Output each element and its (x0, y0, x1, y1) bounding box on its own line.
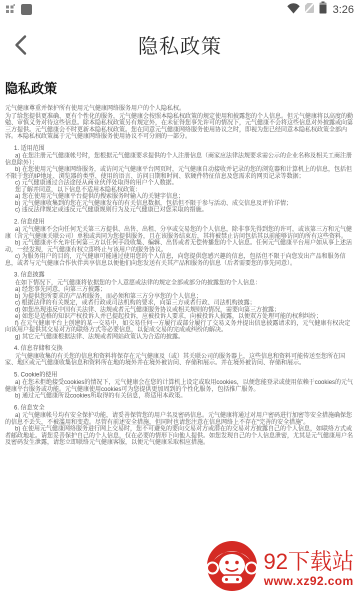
watermark: 92下载站 www.xz92.com (205, 539, 354, 598)
policy-block-num: 1. 适用范围 (5, 145, 355, 152)
app-notification-icon (21, 4, 32, 15)
policy-block-item: c) 为服务用户的目的，元气健康可能通过使用您的个人信息，向您提供您感兴趣的信息… (5, 253, 355, 267)
page-title: 隐私政策 (0, 30, 360, 59)
policy-block-item: a) 元气健康帐号均有安全保护功能，请妥善保管您的用户名及密码信息。元气健康将通… (5, 412, 355, 426)
policy-block-item: c) 违反法律规定或违反元气健康规则行为及元气健康已对您采取的措施。 (5, 207, 355, 214)
battery-icon (319, 1, 327, 19)
policy-block-num: 2. 信息使用 (5, 218, 355, 225)
policy-block-item: b) 在使用元气健康网络服务进行网上交易时，您不可避免的要向交易对方或潜在的交易… (5, 426, 355, 446)
monkey-headphones-gamepad-logo-icon (205, 539, 259, 598)
policy-block-item: a) 在您未拒绝接受cookies的情况下，元气健康会在您的计算机上设定或取用c… (5, 379, 355, 393)
policy-content[interactable]: 隐私政策 元气健康尊重并保护所有使用元气健康网络服务用户的个人隐私权。为了给您提… (5, 78, 355, 600)
status-bar-left (6, 1, 32, 19)
watermark-texts: 92下载站 www.xz92.com (264, 549, 354, 588)
nav-bar: 隐私政策 (0, 18, 360, 72)
policy-block-item: a) 在您注册元气健康帐号时，您根据元气健康要求提供的个人注册信息（商家应法律法… (5, 153, 355, 167)
policy-block-num: 4. 信息存储和交换 (5, 345, 355, 352)
status-bar-right: 3:26 (287, 1, 354, 19)
status-time: 3:26 (333, 4, 354, 16)
policy-block-p: 元气健康尊重并保护所有使用元气健康网络服务用户的个人隐私权。 (5, 105, 355, 112)
policy-block-item: a) 元气健康不会向任何无关第三方提供、出售、出租、分享或交易您的个人信息，除非… (5, 226, 355, 240)
policy-block-item: b) 通过元气健康所设cookies所取得的有关信息，将适用本政策。 (5, 393, 355, 400)
policy-block-num: 5. Cookie的使用 (5, 371, 355, 378)
grid-notification-icon (6, 1, 15, 19)
policy-block-item: b) 元气健康亦不允许任何第三方以任何手段收集、编辑、出售或者无偿传播您的个人信… (5, 240, 355, 254)
site-url: www.xz92.com (264, 574, 354, 588)
wifi-icon (287, 1, 300, 19)
policy-block-item: 元气健康收集的有关您的信息和资料将保存在元气健康及（或）其关联公司的服务器上，这… (5, 353, 355, 367)
policy-heading: 隐私政策 (5, 78, 355, 97)
policy-body: 元气健康尊重并保护所有使用元气健康网络服务用户的个人隐私权。为了给您提供更准确、… (5, 105, 355, 446)
policy-scale-wrapper: 元气健康尊重并保护所有使用元气健康网络服务用户的个人隐私权。为了给您提供更准确、… (5, 105, 355, 446)
no-sim-icon (304, 1, 315, 19)
site-name: 92下载站 (264, 549, 354, 574)
status-bar: 3:26 (0, 0, 360, 18)
policy-block-num: 6. 信息安全 (5, 404, 355, 411)
app-screen: 3:26 隐私政策 隐私政策 元气健康尊重并保护所有使用元气健康网络服务用户的个… (0, 0, 360, 600)
policy-block-item: f) 在元气健康平台上创建的某一交易中，如交易任何一方履行或部分履行了交易义务并… (5, 320, 355, 334)
policy-block-p: 为了给您提供更准确、更有个性化的服务，元气健康会按照本隐私权政策的规定使用和披露… (5, 113, 355, 140)
policy-block-item: g) 其它元气健康根据法律、法规或者网站政策认为合适的披露。 (5, 333, 355, 340)
policy-block-num: 3. 信息披露 (5, 272, 355, 279)
policy-block-item: b) 在您使用元气健康网络服务，或访问元气健康平台网页时，元气健康自动接收并记录… (5, 166, 355, 180)
